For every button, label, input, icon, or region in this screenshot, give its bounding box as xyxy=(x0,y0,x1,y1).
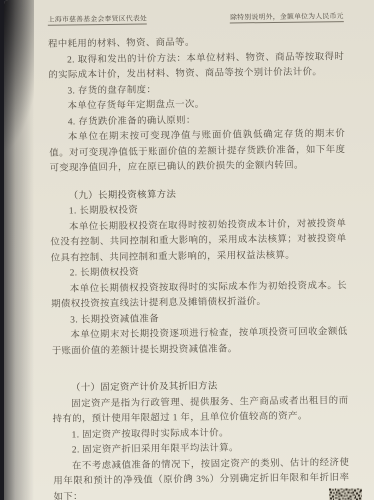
paragraph: 2. 取得和发出的计价方法：本单位材料、物资、商品等按取得时的实际成本计价，发出… xyxy=(48,50,344,85)
paragraph: 固定资产是指为行政管理、提供服务、生产商品或者出租目的而持有的，预计使用年限超过… xyxy=(52,394,348,429)
header-org-title: 上海市慈善基金会奉贤区代表处 xyxy=(48,12,147,25)
paragraph: 本单位期末对长期投资逐项进行检查，按单项投资可回收金额低于账面价值的差额计提长期… xyxy=(52,325,348,360)
page-header: 上海市慈善基金会奉贤区代表处 除特别说明外，金额单位为人民币元 xyxy=(48,10,344,26)
page-footer: 3 xyxy=(4,472,374,482)
paragraph: 本单位长期股权投资在取得时按初始投资成本计价，对被投资单位没有控制、共同控制和重… xyxy=(50,217,347,267)
photo-background: 上海市慈善基金会奉贤区代表处 除特别说明外，金额单位为人民币元 程中耗用的材料、… xyxy=(0,0,374,500)
document-page: 上海市慈善基金会奉贤区代表处 除特别说明外，金额单位为人民币元 程中耗用的材料、… xyxy=(4,0,374,500)
page-number: 3 xyxy=(187,472,191,482)
qr-stamp-icon xyxy=(329,488,362,500)
header-currency-note: 除特别说明外，金额单位为人民币元 xyxy=(230,10,344,23)
page-content: 上海市慈善基金会奉贤区代表处 除特别说明外，金额单位为人民币元 程中耗用的材料、… xyxy=(2,0,374,500)
paragraph: 本单位长期债权投资按取得时的实际成本作为初始投资成本。长期债权投资按直线法计提利… xyxy=(51,279,347,314)
paragraph: 本单位在期末按可变现净值与账面价值孰低确定存货的期末价值。对可变现净值低于账面价… xyxy=(49,127,346,177)
